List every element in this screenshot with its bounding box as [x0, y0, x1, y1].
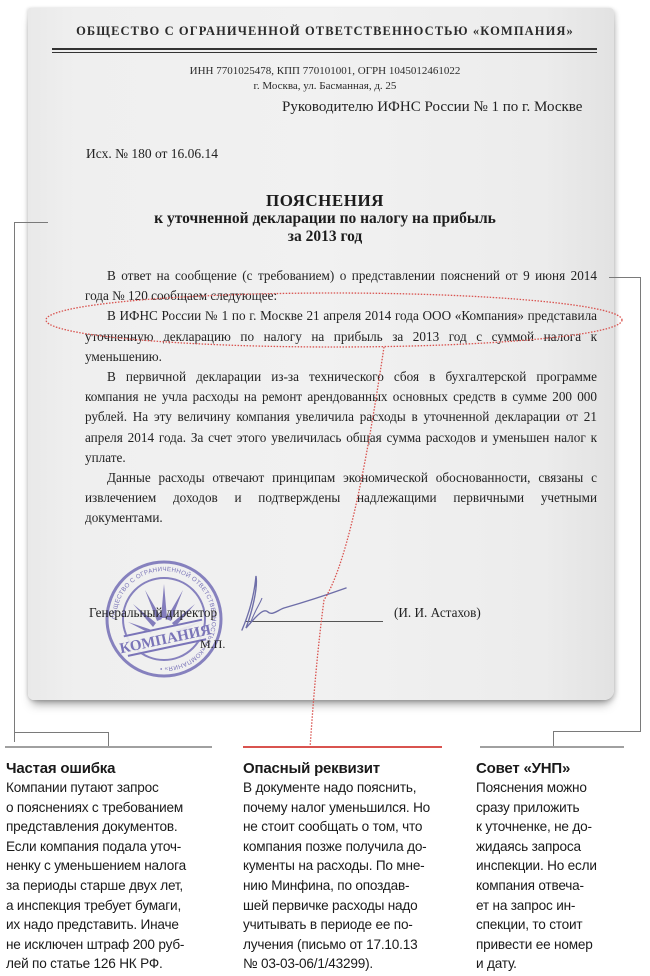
callout-line: жидаясь запроса	[476, 837, 650, 857]
handwritten-signature-icon	[228, 568, 358, 638]
callout-line: В документе надо пояснить,	[243, 778, 458, 798]
callout-line: шей первичке расходы надо	[243, 896, 458, 916]
connector-left-top	[14, 222, 48, 223]
callout-line: компания позже получила до-	[243, 837, 458, 857]
callout-line: лучения (письмо от 17.10.13	[243, 935, 458, 955]
company-requisites: ИНН 7701025478, КПП 770101001, ОГРН 1045…	[0, 64, 650, 94]
callout-line: не стоит сообщать о том, что	[243, 817, 458, 837]
callout-dangerous-requisite: Опасный реквизит В документе надо поясни…	[243, 760, 458, 974]
requisites-line-2: г. Москва, ул. Басманная, д. 25	[0, 79, 650, 94]
callout-line: инспекции. Но если	[476, 856, 650, 876]
callout-line: Компании путают запрос	[6, 778, 221, 798]
callout-line: Если компания подала уточ-	[6, 837, 221, 857]
callout-line: № 03-03-06/1/43299).	[243, 954, 458, 974]
letter-body: В ответ на сообщение (с требованием) о п…	[85, 266, 597, 529]
callout-line: нию Минфина, по опоздав-	[243, 876, 458, 896]
callout-title: Совет «УНП»	[476, 760, 650, 778]
signer-title: Генеральный директор	[89, 605, 217, 621]
connector-left-vertical	[14, 222, 15, 742]
header-rule-thick	[52, 48, 597, 50]
signer-name: (И. И. Астахов)	[394, 605, 481, 621]
organization-header: ОБЩЕСТВО С ОГРАНИЧЕННОЙ ОТВЕТСТВЕННОСТЬЮ…	[0, 24, 650, 39]
document-subtitle-1: к уточненной декларации по налогу на при…	[0, 210, 650, 228]
callout-line: спекции, то стоит	[476, 915, 650, 935]
callout-line: привести ее номер	[476, 935, 650, 955]
callout-line: а инспекция требует бумаги,	[6, 896, 221, 916]
callout-rule-right	[480, 746, 624, 748]
callout-title: Опасный реквизит	[243, 760, 458, 778]
body-paragraph: В ответ на сообщение (с требованием) о п…	[85, 266, 597, 306]
body-paragraph: Данные расходы отвечают принципам эконом…	[85, 468, 597, 529]
addressee: Руководителю ИФНС России № 1 по г. Москв…	[282, 99, 582, 116]
callout-line: представления документов.	[6, 817, 221, 837]
callout-line: к уточненке, не до-	[476, 817, 650, 837]
callout-line: за периоды старше двух лет,	[6, 876, 221, 896]
callout-unp-advice: Совет «УНП» Пояснения можно сразу прилож…	[476, 760, 650, 974]
callout-common-mistake: Частая ошибка Компании путают запрос о п…	[6, 760, 221, 974]
document-title: ПОЯСНЕНИЯ	[0, 191, 650, 210]
callout-line: лей по статье 126 НК РФ.	[6, 954, 221, 974]
stamp-place-label: М.П.	[200, 637, 225, 652]
callout-line: ненку с уменьшением налога	[6, 856, 221, 876]
callout-line: о пояснениях с требованием	[6, 798, 221, 818]
callout-line: и дату.	[476, 954, 650, 974]
callout-line: сразу приложить	[476, 798, 650, 818]
callout-line: не исключен штраф 200 руб-	[6, 935, 221, 955]
outgoing-number: Исх. № 180 от 16.06.14	[86, 146, 218, 162]
callout-line: кументы на расходы. По мне-	[243, 856, 458, 876]
callout-rule-left	[5, 746, 212, 748]
connector-right-bottom	[553, 731, 641, 732]
callout-line: почему налог уменьшился. Но	[243, 798, 458, 818]
connector-right-top	[609, 277, 640, 278]
connector-left-bottom	[14, 732, 108, 733]
callout-rule-center	[243, 746, 442, 748]
requisites-line-1: ИНН 7701025478, КПП 770101001, ОГРН 1045…	[0, 64, 650, 79]
callout-line: их надо представить. Иначе	[6, 915, 221, 935]
callout-title: Частая ошибка	[6, 760, 221, 778]
connector-left-drop	[108, 732, 109, 746]
document-title-block: ПОЯСНЕНИЯ к уточненной декларации по нал…	[0, 191, 650, 246]
body-paragraph-highlighted: В ИФНС России № 1 по г. Москве 21 апреля…	[85, 306, 597, 367]
callout-line: Пояснения можно	[476, 778, 650, 798]
callout-line: ет на запрос ин-	[476, 896, 650, 916]
callout-line: компания отвеча-	[476, 876, 650, 896]
header-rule-thin	[52, 52, 597, 53]
callout-line: учитывать в периоде ее по-	[243, 915, 458, 935]
document-subtitle-2: за 2013 год	[0, 228, 650, 246]
connector-right-vertical	[640, 277, 641, 732]
connector-right-drop	[553, 731, 554, 747]
body-paragraph: В первичной декларации из-за техническог…	[85, 367, 597, 468]
